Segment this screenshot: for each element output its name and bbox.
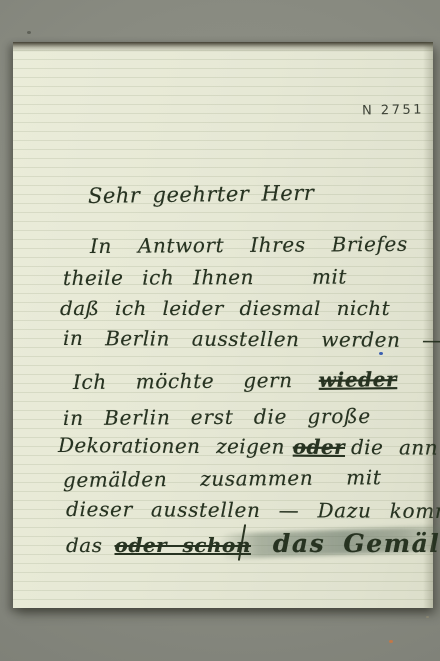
paper-speck: [426, 616, 429, 618]
letter-line: theile ich Ihnenmit: [63, 265, 347, 290]
crossed-out-words: oder schon: [115, 533, 251, 557]
letter-line: Ich möchte gernwieder: [73, 367, 397, 394]
crossed-out-word: oder: [293, 435, 345, 459]
letter-line-greeting: Sehr geehrter Herr: [88, 181, 315, 208]
handwritten-text: daß ich leider diesmal nicht: [60, 296, 390, 320]
letter-line: Dekorationen zeigenoderdie ann: [58, 433, 438, 460]
letter-line: dieser ausstellen — Dazu kommt: [66, 497, 440, 523]
letter-line: in Berlin ausstellen werden —: [63, 326, 440, 352]
letter-line: gemälden zusammen mit: [63, 465, 382, 492]
letter-line: dasoder schondas Gemälde: [66, 529, 440, 558]
overwritten-text: das Gemälde: [273, 529, 440, 558]
letter-line: daß ich leider diesmal nicht: [60, 296, 390, 320]
scanned-letter-photo: N 2751 Sehr geehrter Herr In Antwort Ihr…: [0, 0, 440, 661]
blue-ink-dot: [379, 352, 383, 355]
handwritten-text: gemälden zusammen mit: [63, 465, 382, 492]
handwritten-text: dieser ausstellen — Dazu kommt: [66, 497, 440, 523]
handwritten-text: in Berlin ausstellen werden —: [63, 326, 440, 352]
background-speck: [27, 31, 31, 34]
archival-number: N 2751: [362, 102, 424, 118]
letter-page: N 2751 Sehr geehrter Herr In Antwort Ihr…: [13, 42, 433, 608]
handwritten-text: in Berlin erst die große: [63, 404, 371, 430]
handwritten-text: das: [66, 533, 103, 557]
handwritten-text: die ann: [351, 435, 438, 460]
letter-line: in Berlin erst die große: [63, 404, 371, 430]
handwritten-text: In Antwort Ihres Briefes: [90, 232, 408, 258]
letter-line: In Antwort Ihres Briefes: [90, 232, 408, 258]
handwritten-text: mit: [312, 265, 347, 289]
handwritten-text: theile ich Ihnen: [63, 265, 254, 290]
crossed-out-word: wieder: [319, 367, 398, 392]
paper-speck: [389, 640, 393, 643]
handwritten-text: Sehr geehrter Herr: [88, 181, 315, 208]
handwritten-text: Dekorationen zeigen: [58, 433, 285, 459]
handwritten-text: Ich möchte gern: [73, 368, 293, 394]
